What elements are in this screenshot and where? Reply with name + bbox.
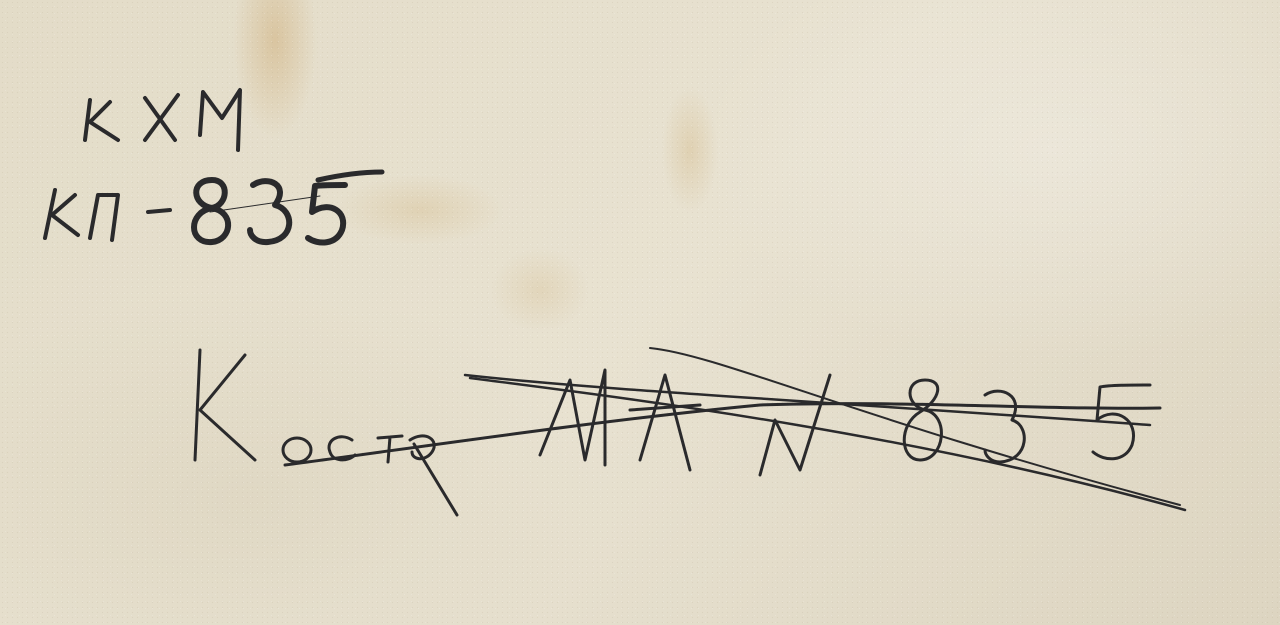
inscription-kostr-mi-n-835 xyxy=(195,348,1185,515)
inscription-kp-835 xyxy=(45,172,382,243)
inscription-kxm xyxy=(85,90,240,150)
pencil-handwriting xyxy=(0,0,1280,625)
